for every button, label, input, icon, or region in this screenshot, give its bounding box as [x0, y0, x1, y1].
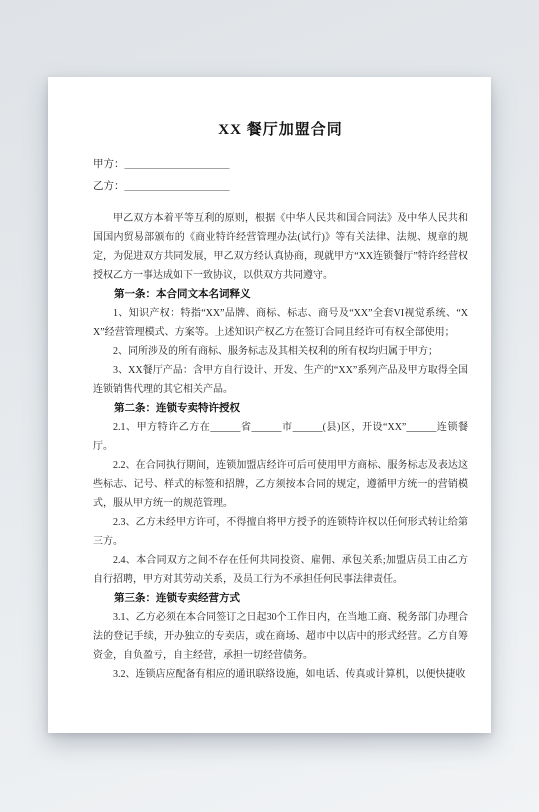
document-title: XX 餐厅加盟合同 [93, 120, 468, 140]
party-a-row: 甲方：____________________ [93, 154, 468, 176]
screenshot-root: { "canvas": { "background_top_color": "#… [0, 0, 539, 812]
section-1-heading: 第一条：本合同文本名词释义 [93, 285, 468, 304]
party-b-row: 乙方：____________________ [93, 176, 468, 198]
definition-item-3: 3、XX餐厅产品：含甲方自行设计、开发、生产的“XX”系列产品及甲方取得全国连锁… [93, 361, 468, 399]
party-a-label: 甲方： [93, 159, 125, 170]
definition-item-1: 1、知识产权：特指“XX”品牌、商标、标志、商号及“XX”全套VI视觉系统、“X… [93, 304, 468, 342]
definition-item-2: 2、同所涉及的所有商标、服务标志及其相关权利的所有权均归属于甲方； [93, 342, 468, 361]
clause-2-1: 2.1、甲方特许乙方在______省______市______(县)区，开设“X… [93, 418, 468, 456]
clause-2-3: 2.3、乙方未经甲方许可，不得擅自将甲方授予的连锁特许权以任何形式转让给第三方。 [93, 513, 468, 551]
clause-2-2: 2.2、在合同执行期间，连锁加盟店经许可后可使用甲方商标、服务标志及表达这些标志… [93, 456, 468, 513]
party-a-blank-line: ____________________ [125, 159, 230, 170]
clause-2-4: 2.4、本合同双方之间不存在任何共同投资、雇佣、承包关系;加盟店员工由乙方自行招… [93, 551, 468, 589]
clause-3-2: 3.2、连锁店应配备有相应的通讯联络设施，如电话、传真或计算机，以便快捷收 [93, 665, 468, 684]
intro-paragraph: 甲乙双方本着平等互利的原则，根据《中华人民共和国合同法》及中华人民共和国国内贸易… [93, 209, 468, 285]
party-b-label: 乙方： [93, 181, 125, 192]
parties-block: 甲方：____________________ 乙方：_____________… [93, 154, 468, 198]
contract-body: 甲乙双方本着平等互利的原则，根据《中华人民共和国合同法》及中华人民共和国国内贸易… [93, 209, 468, 684]
section-3-heading: 第三条：连锁专卖经营方式 [93, 589, 468, 608]
contract-page: XX 餐厅加盟合同 甲方：____________________ 乙方：___… [48, 77, 491, 733]
clause-3-1: 3.1、乙方必须在本合同签订之日起30个工作日内，在当地工商、税务部门办理合法的… [93, 608, 468, 665]
section-2-heading: 第二条：连锁专卖特许授权 [93, 399, 468, 418]
party-b-blank-line: ____________________ [125, 181, 230, 192]
